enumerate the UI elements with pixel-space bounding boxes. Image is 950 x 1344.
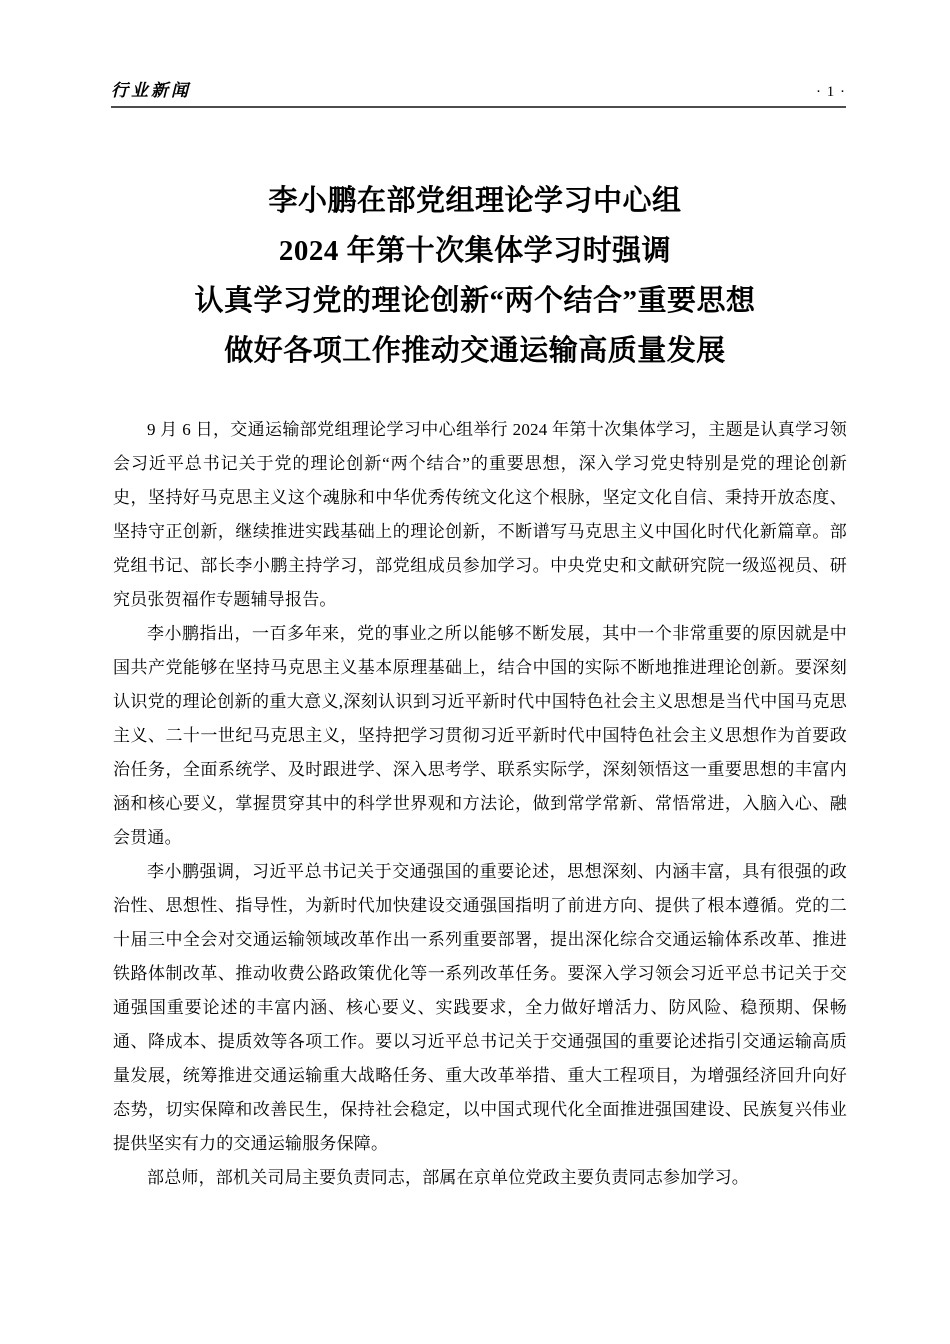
page-header: 行业新闻 · 1 · xyxy=(111,0,846,108)
body-paragraph: 李小鹏强调，习近平总书记关于交通强国的重要论述，思想深刻、内涵丰富，具有很强的政… xyxy=(113,855,847,1161)
body-paragraph: 李小鹏指出，一百多年来，党的事业之所以能够不断发展，其中一个非常重要的原因就是中… xyxy=(113,617,847,855)
article-title: 李小鹏在部党组理论学习中心组 2024 年第十次集体学习时强调 认真学习党的理论… xyxy=(100,176,850,376)
document-page: 行业新闻 · 1 · 李小鹏在部党组理论学习中心组 2024 年第十次集体学习时… xyxy=(0,0,950,1344)
article-title-line-4: 做好各项工作推动交通运输高质量发展 xyxy=(100,326,850,376)
body-paragraph: 9 月 6 日，交通运输部党组理论学习中心组举行 2024 年第十次集体学习，主… xyxy=(113,413,847,617)
article-body: 9 月 6 日，交通运输部党组理论学习中心组举行 2024 年第十次集体学习，主… xyxy=(113,413,847,1195)
header-section-label: 行业新闻 xyxy=(111,76,191,101)
header-page-number: · 1 · xyxy=(816,84,846,101)
article-title-line-1: 李小鹏在部党组理论学习中心组 xyxy=(100,176,850,226)
body-paragraph: 部总师，部机关司局主要负责同志，部属在京单位党政主要负责同志参加学习。 xyxy=(113,1161,847,1195)
article-title-line-3: 认真学习党的理论创新“两个结合”重要思想 xyxy=(100,276,850,326)
article-title-line-2: 2024 年第十次集体学习时强调 xyxy=(100,226,850,276)
